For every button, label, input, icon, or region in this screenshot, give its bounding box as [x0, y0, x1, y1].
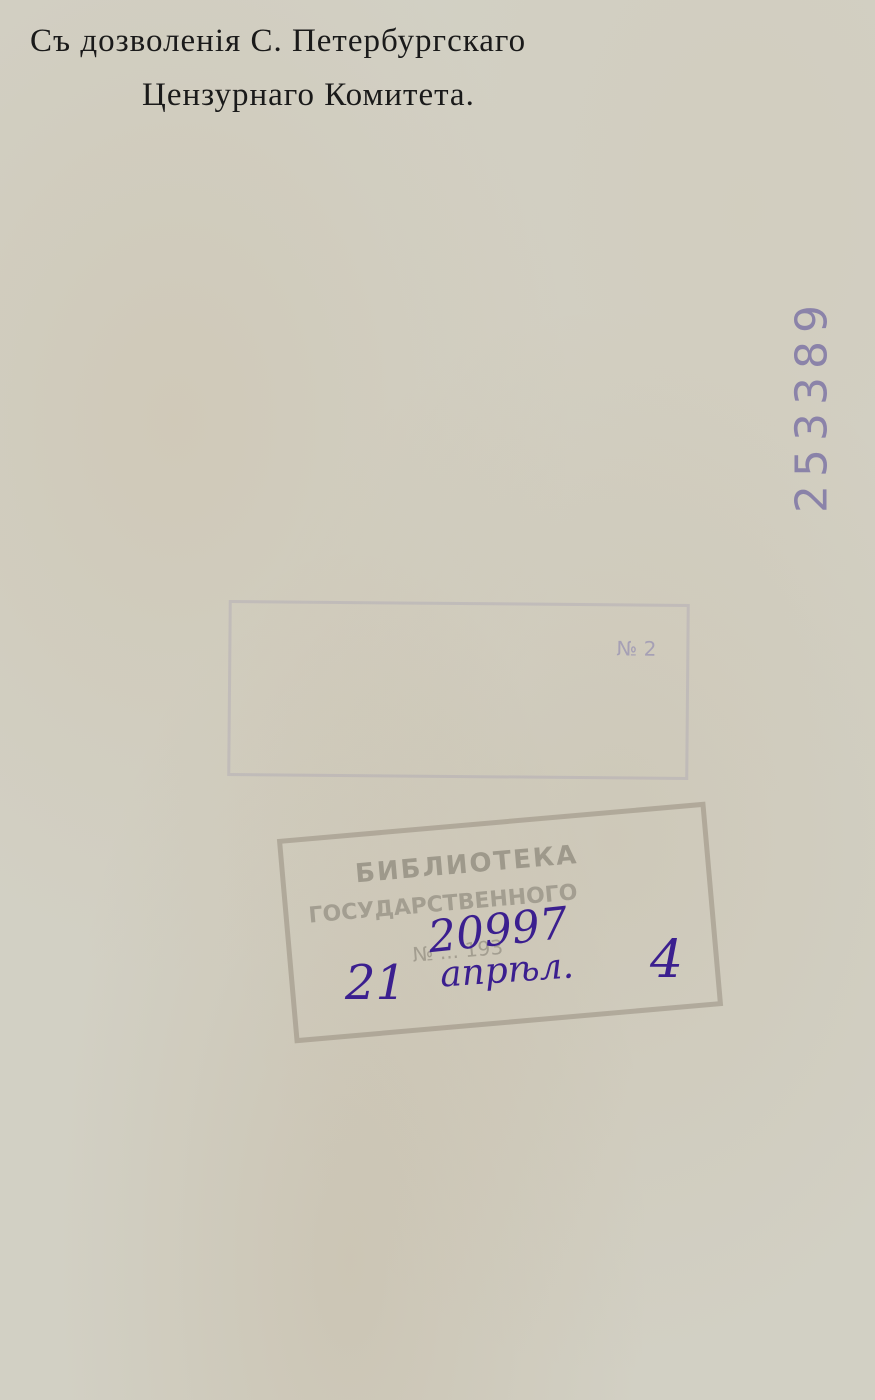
faint-ink-stamp: № 2 — [227, 600, 690, 780]
faint-stamp-text: № 2 — [616, 636, 656, 660]
censorship-line-2: Цензурнаго Комитета. — [142, 68, 475, 122]
handwritten-year-digit: 4 — [650, 930, 683, 990]
censorship-line-1: Съ дозволенія С. Петербургскаго — [30, 14, 526, 68]
inventory-number-stamp: 253389 — [782, 265, 842, 545]
handwritten-day: 21 — [345, 955, 406, 1011]
